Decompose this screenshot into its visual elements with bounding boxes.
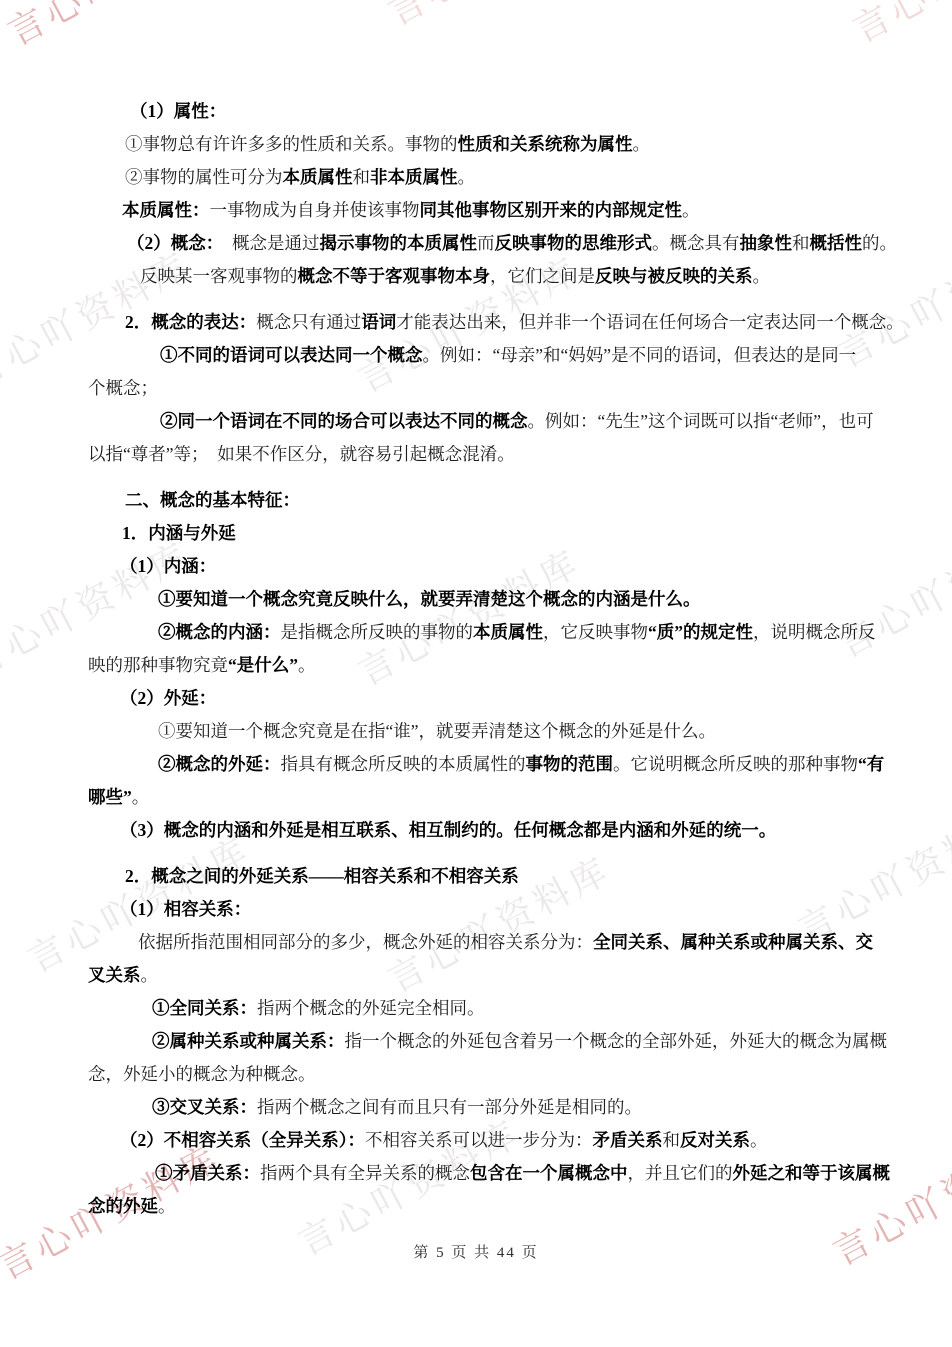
bold-run: （1）内涵： — [120, 556, 216, 576]
bold-run: 矛盾关系 — [593, 1130, 663, 1150]
bold-run: 念的外延 — [88, 1196, 158, 1216]
text-line: 叉关系。 — [88, 959, 874, 992]
bold-run: 包含在一个属概念中 — [470, 1163, 628, 1183]
text-run: 指具有概念所反映的本质属性的 — [281, 754, 526, 774]
text-line: （2）外延： — [88, 682, 874, 715]
text-run: 。 — [753, 266, 771, 286]
text-line: ①矛盾关系：指两个具有全异关系的概念包含在一个属概念中，并且它们的外延之和等于该… — [88, 1157, 874, 1190]
text-run: 指两个概念之间有而且只有一部分外延是相同的。 — [257, 1097, 642, 1117]
text-run: ①要知道一个概念究竟是在指“谁”，就要弄清楚这个概念的外延是什么。 — [158, 721, 716, 741]
text-run: 反映某一客观事物的 — [140, 266, 298, 286]
text-line: ②概念的内涵：是指概念所反映的事物的本质属性，它反映事物“质”的规定性，说明概念… — [88, 616, 874, 649]
text-line: 2．概念的表达：概念只有通过语词才能表达出来，但并非一个语词在任何场合一定表达同… — [88, 306, 874, 339]
bold-run: ②同一个语词在不同的场合可以表达不同的概念 — [160, 411, 528, 431]
text-line: 念，外延小的概念为种概念。 — [88, 1058, 874, 1091]
text-run: 。 — [750, 1130, 768, 1150]
bold-run: （2）外延： — [120, 688, 216, 708]
bold-run: 语词 — [361, 312, 396, 332]
bold-run: （3）概念的内涵和外延是相互联系、相互制约的。任何概念都是内涵和外延的统一。 — [120, 820, 776, 840]
text-run: 。 — [141, 965, 159, 985]
bold-run: 全同关系、属种关系或种属关系、交 — [593, 932, 873, 952]
bold-run: 同其他事物区别开来的内部规定性 — [420, 200, 683, 220]
text-run: 指一个概念的外延包含着另一个概念的全部外延，外延大的概念为属概 — [345, 1031, 888, 1051]
bold-run: ①要知道一个概念究竟反映什么，就要弄清楚这个概念的内涵是什么。 — [158, 589, 701, 609]
text-run: 而 — [477, 233, 495, 253]
text-run: ①事物总有许许多多的性质和关系。事物的 — [125, 134, 458, 154]
text-line: （1）内涵： — [88, 550, 874, 583]
text-run: 依据所指范围相同部分的多少，概念外延的相容关系分为： — [138, 932, 593, 952]
text-run: 。 — [158, 1196, 176, 1216]
text-line: ②属种关系或种属关系：指一个概念的外延包含着另一个概念的全部外延，外延大的概念为… — [88, 1025, 874, 1058]
text-line: 反映某一客观事物的概念不等于客观事物本身，它们之间是反映与被反映的关系。 — [88, 260, 874, 293]
text-run: 的。 — [862, 233, 897, 253]
bold-run: （1）相容关系： — [120, 899, 251, 919]
text-run: 是指概念所反映的事物的 — [281, 622, 474, 642]
text-line: 个概念； — [88, 372, 874, 405]
text-run: ，并且它们的 — [628, 1163, 733, 1183]
text-line: ②概念的外延：指具有概念所反映的本质属性的事物的范围。它说明概念所反映的那种事物… — [88, 748, 874, 781]
bold-run: “质”的规定性 — [648, 622, 753, 642]
text-run: 。 — [458, 167, 476, 187]
text-run: ②事物的属性可分为 — [125, 167, 283, 187]
bold-run: ①矛盾关系： — [155, 1163, 260, 1183]
text-run: 和 — [353, 167, 371, 187]
text-run: 。它说明概念所反映的那种事物 — [613, 754, 858, 774]
text-line: （2）不相容关系（全异关系）：不相容关系可以进一步分为：矛盾关系和反对关系。 — [88, 1124, 874, 1157]
text-run: ，它反映事物 — [543, 622, 648, 642]
text-line: ①要知道一个概念究竟是在指“谁”，就要弄清楚这个概念的外延是什么。 — [88, 715, 874, 748]
bold-run: （2）不相容关系（全异关系）： — [120, 1130, 365, 1150]
text-line: （1）相容关系： — [88, 893, 874, 926]
bold-run: ③交叉关系： — [152, 1097, 257, 1117]
text-line: （2）概念： 概念是通过揭示事物的本质属性而反映事物的思维形式。概念具有抽象性和… — [88, 227, 874, 260]
text-run: 指两个具有全异关系的概念 — [260, 1163, 470, 1183]
text-line: ①全同关系：指两个概念的外延完全相同。 — [88, 992, 874, 1025]
document-page: 言心吖资料库言心吖资料库言心吖资料库言心吖资料库言心吖资料库言心吖资料库言心吖资… — [0, 0, 952, 1347]
bold-run: 叉关系 — [88, 965, 141, 985]
text-line: 本质属性：一事物成为自身并使该事物同其他事物区别开来的内部规定性。 — [88, 194, 874, 227]
text-line: （1）属性： — [88, 95, 874, 128]
bold-run: （1）属性： — [130, 101, 226, 121]
text-line: 念的外延。 — [88, 1190, 874, 1223]
bold-run: 哪些” — [88, 787, 132, 807]
text-line: 以指“尊者”等； 如果不作区分，就容易引起概念混淆。 — [88, 438, 874, 471]
bold-run: 2．概念的表达： — [125, 312, 256, 332]
bold-run: 性质和关系统称为属性 — [458, 134, 633, 154]
watermark-text: 言心吖资料库 — [378, 0, 619, 36]
text-run: 指两个概念的外延完全相同。 — [257, 998, 485, 1018]
text-line: ①事物总有许许多多的性质和关系。事物的性质和关系统称为属性。 — [88, 128, 874, 161]
text-run: 念，外延小的概念为种概念。 — [88, 1064, 316, 1084]
bold-run: 概括性 — [810, 233, 863, 253]
bold-run: 反映与被反映的关系 — [595, 266, 753, 286]
text-run: 才能表达出来，但并非一个语词在任何场合一定表达同一个概念。 — [396, 312, 904, 332]
text-run: 概念是通过 — [223, 233, 319, 253]
text-run: 。 — [132, 787, 150, 807]
text-line: 1．内涵与外延 — [88, 517, 874, 550]
bold-run: ②属种关系或种属关系： — [152, 1031, 345, 1051]
bold-run: ②概念的外延： — [158, 754, 281, 774]
bold-run: “有 — [858, 754, 884, 774]
text-line: 哪些”。 — [88, 781, 874, 814]
text-line: 映的那种事物究竟“是什么”。 — [88, 649, 874, 682]
bold-run: 抽象性 — [740, 233, 793, 253]
page-footer: 第 5 页 共 44 页 — [0, 1241, 952, 1262]
text-run: 。 — [633, 134, 651, 154]
text-line: ②事物的属性可分为本质属性和非本质属性。 — [88, 161, 874, 194]
text-run: 。例如：“母亲”和“妈妈”是不同的语词，但表达的是同一 — [423, 345, 857, 365]
bold-run: 反映事物的思维形式 — [495, 233, 653, 253]
text-line: ③交叉关系：指两个概念之间有而且只有一部分外延是相同的。 — [88, 1091, 874, 1124]
bold-run: 1．内涵与外延 — [122, 523, 236, 543]
text-line: ②同一个语词在不同的场合可以表达不同的概念。例如：“先生”这个词既可以指“老师”… — [88, 405, 874, 438]
text-run: 。例如：“先生”这个词既可以指“老师”，也可 — [528, 411, 874, 431]
text-line: ①要知道一个概念究竟反映什么，就要弄清楚这个概念的内涵是什么。 — [88, 583, 874, 616]
text-line: 二、概念的基本特征： — [88, 484, 874, 517]
bold-run: ②概念的内涵： — [158, 622, 281, 642]
text-line: 2．概念之间的外延关系——相容关系和不相容关系 — [88, 860, 874, 893]
bold-run: 揭示事物的本质属性 — [320, 233, 478, 253]
watermark-text: 言心吖资料库 — [843, 0, 952, 53]
bold-run: 本质属性 — [473, 622, 543, 642]
bold-run: 非本质属性 — [370, 167, 458, 187]
text-run: ，它们之间是 — [490, 266, 595, 286]
text-run: 和 — [792, 233, 810, 253]
text-run: 映的那种事物究竟 — [88, 655, 228, 675]
bold-run: 概念不等于客观事物本身 — [298, 266, 491, 286]
text-line: （3）概念的内涵和外延是相互联系、相互制约的。任何概念都是内涵和外延的统一。 — [88, 814, 874, 847]
bold-run: ①不同的语词可以表达同一个概念 — [160, 345, 423, 365]
document-body: （1）属性：①事物总有许许多多的性质和关系。事物的性质和关系统称为属性。②事物的… — [88, 95, 874, 1223]
text-line: ①不同的语词可以表达同一个概念。例如：“母亲”和“妈妈”是不同的语词，但表达的是… — [88, 339, 874, 372]
text-run: 。 — [298, 655, 316, 675]
text-run: 。概念具有 — [652, 233, 740, 253]
bold-run: 外延之和等于该属概 — [733, 1163, 891, 1183]
text-run: 以指“尊者”等； 如果不作区分，就容易引起概念混淆。 — [88, 444, 515, 464]
bold-run: 事物的范围 — [526, 754, 614, 774]
bold-run: “是什么” — [228, 655, 298, 675]
bold-run: 2．概念之间的外延关系——相容关系和不相容关系 — [125, 866, 519, 886]
text-line: 依据所指范围相同部分的多少，概念外延的相容关系分为：全同关系、属种关系或种属关系… — [88, 926, 874, 959]
bold-run: ①全同关系： — [152, 998, 257, 1018]
text-run: ，说明概念所反 — [753, 622, 876, 642]
text-run: 不相容关系可以进一步分为： — [365, 1130, 593, 1150]
bold-run: （2）概念： — [127, 233, 223, 253]
bold-run: 本质属性 — [283, 167, 353, 187]
text-run: 个概念； — [88, 378, 158, 398]
bold-run: 反对关系 — [680, 1130, 750, 1150]
text-run: 概念只有通过 — [256, 312, 361, 332]
watermark-text: 言心吖资料库 — [0, 0, 239, 56]
bold-run: 二、概念的基本特征： — [125, 490, 300, 510]
text-run: 。 — [682, 200, 700, 220]
text-run: 一事物成为自身并使该事物 — [210, 200, 420, 220]
bold-run: 本质属性： — [122, 200, 210, 220]
text-run: 和 — [663, 1130, 681, 1150]
